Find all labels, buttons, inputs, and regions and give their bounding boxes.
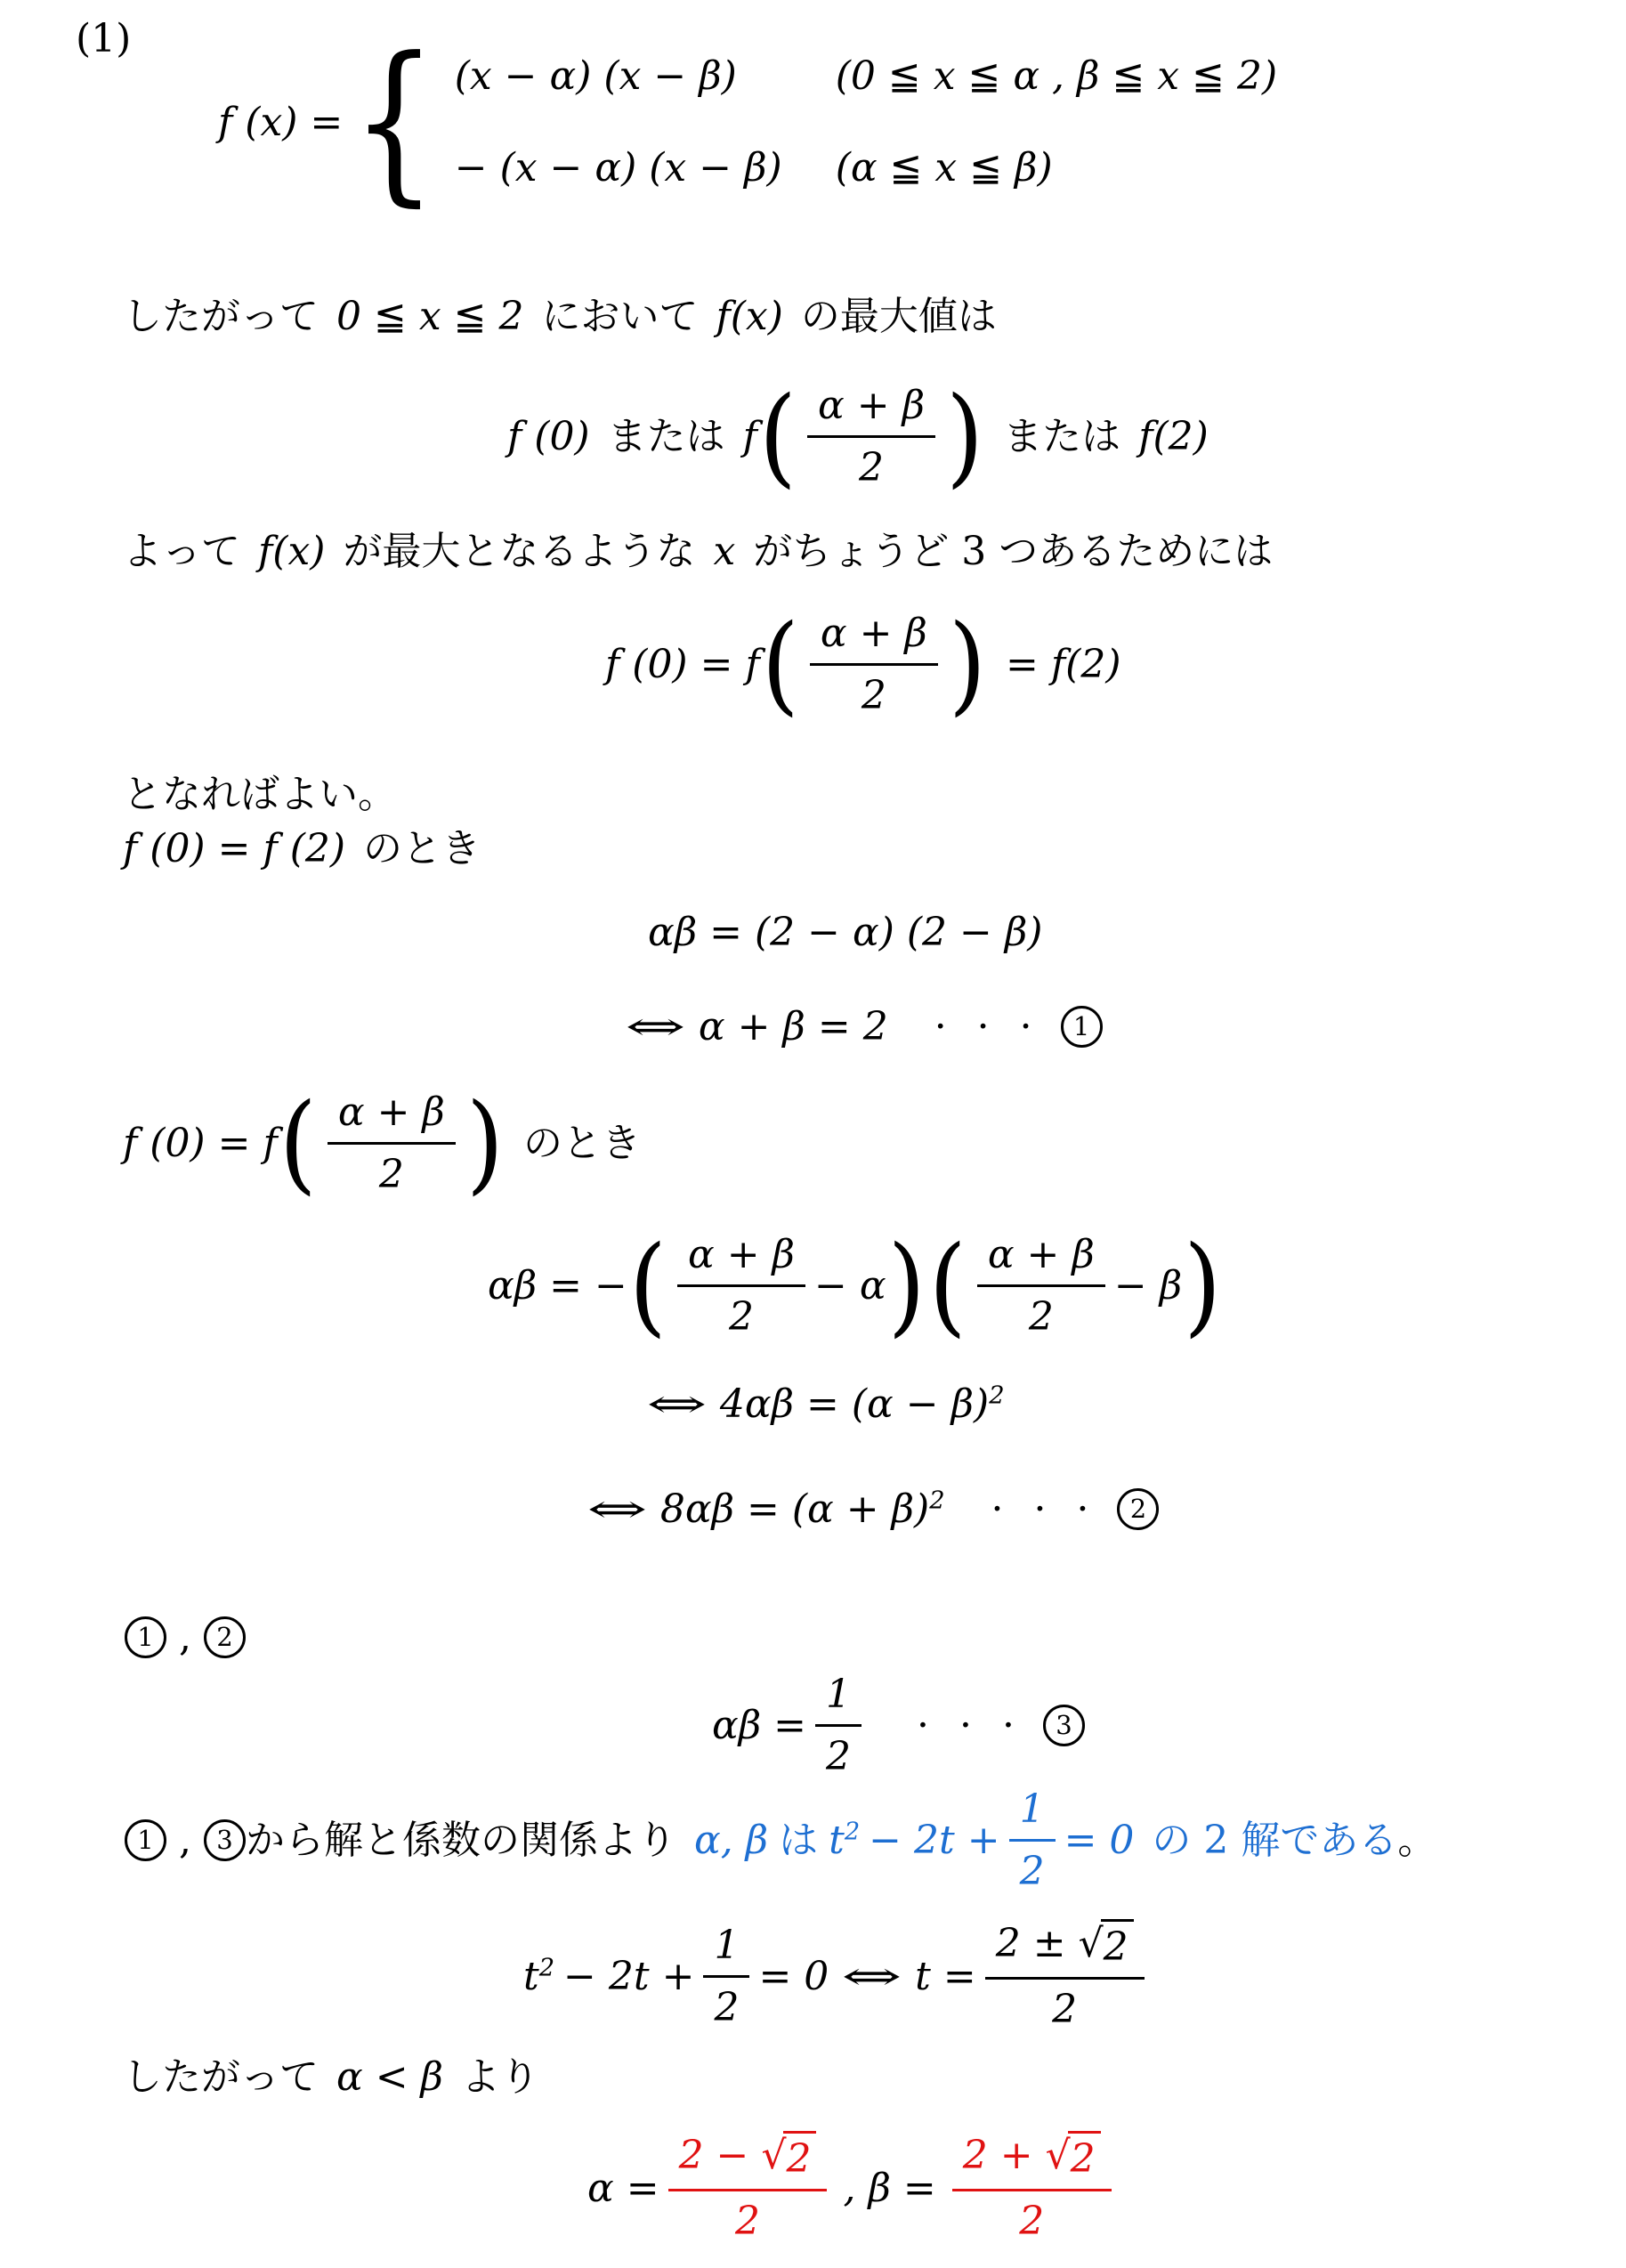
- fraction-numerator: 2 + √2: [952, 2131, 1112, 2191]
- lhs-ab-minus: αβ = −: [488, 1261, 627, 1310]
- paragraph-case-f0-f2: f (0) = f (2) のとき: [123, 824, 481, 873]
- problem-label: (1): [76, 16, 131, 61]
- left-paren: (: [759, 388, 797, 485]
- fraction-numerator: α + β: [677, 1230, 805, 1287]
- red-fraction-beta: 2 + √2 2: [952, 2131, 1112, 2246]
- iff-arrow: ⇔: [586, 1485, 647, 1534]
- fraction-denominator: 2: [1019, 2191, 1044, 2246]
- text-shitagatte: したがって: [123, 2053, 319, 2102]
- blue-text-2-solutions: の 2 解である: [1152, 1816, 1397, 1865]
- equation-ab-2: ⇔ α + β = 2 · · · 1: [612, 1002, 1103, 1051]
- radical-icon: √: [761, 2131, 786, 2180]
- brace-glyph: {: [352, 36, 436, 209]
- square-root: √2: [1046, 2131, 1101, 2183]
- dots: · · ·: [991, 1485, 1098, 1534]
- dots: · · ·: [934, 1002, 1041, 1051]
- t-equals: t =: [915, 1952, 976, 2001]
- lhs-f0-equals-f: f (0) = f: [605, 640, 760, 689]
- fraction-numerator: α + β: [977, 1230, 1105, 1287]
- equation-equal-three: f (0) = f ( α + β 2 ) = f(2): [605, 609, 1120, 720]
- math-4ab: 4αβ = (α − β)2: [720, 1380, 1005, 1429]
- paragraph-case-f0-fmid: f (0) = f ( α + β 2 ) のとき: [123, 1088, 641, 1199]
- fraction-alpha-plus-beta-over-2: α + β 2: [807, 381, 935, 492]
- fraction-numerator: α + β: [807, 381, 935, 438]
- radical-icon: √: [1079, 1919, 1104, 1968]
- fraction-denominator: 2: [862, 666, 886, 720]
- iff-arrow: ⇔: [646, 1380, 707, 1429]
- equals-zero: = 0: [758, 1952, 829, 2001]
- equation-ab-5: ⇔ 8αβ = (α + β)2 · · · 2: [574, 1485, 1159, 1534]
- circled-1-icon: 1: [1061, 1006, 1103, 1048]
- fraction-1: α + β 2: [677, 1230, 805, 1341]
- case1-expression: (x − α) (x − β): [455, 52, 782, 101]
- fraction-numerator: 1: [1009, 1785, 1056, 1842]
- math-body: 8αβ = (α + β): [660, 1486, 929, 1532]
- math-x: x: [713, 527, 735, 576]
- math-8ab: 8αβ = (α + β)2: [660, 1485, 945, 1534]
- fraction-denominator: 2: [379, 1145, 404, 1199]
- math-range: 0 ≦ x ≦ 2: [336, 292, 523, 341]
- radicand: 2: [1068, 2131, 1101, 2183]
- fraction-denominator: 2: [1052, 1980, 1077, 2034]
- square-root: √2: [1079, 1919, 1134, 1972]
- equation-ab-4: ⇔ 4αβ = (α − β)2: [634, 1380, 1005, 1429]
- paragraph-order: したがって α < β より: [123, 2053, 539, 2102]
- minus-2t-plus: − 2t +: [563, 1952, 694, 2001]
- fraction-denominator: 2: [714, 1978, 739, 2032]
- text-matawa-1: または: [608, 412, 725, 461]
- math-f0-equals-f2: f (0) = f (2): [123, 824, 345, 873]
- iff-arrow: ⇔: [842, 1952, 902, 2001]
- circled-1-icon: 1: [125, 1616, 166, 1658]
- fraction-numerator: 2 ± √2: [985, 1919, 1145, 1980]
- t-squared: t2: [523, 1952, 554, 2001]
- blue-equals-zero: = 0: [1064, 1816, 1135, 1865]
- fraction-denominator: 2: [1029, 1287, 1054, 1341]
- text-nioite: において: [541, 292, 698, 341]
- equation-ab-1: αβ = (2 − α) (2 − β): [648, 908, 1042, 957]
- math-body: t: [523, 1954, 539, 1999]
- case2-expression: − (x − α) (x − β): [455, 143, 782, 192]
- equation-final-answer: α = 2 − √2 2 , β = 2 + √2 2: [587, 2131, 1120, 2246]
- radicand: 2: [783, 2131, 816, 2183]
- fraction-denominator: 2: [859, 438, 884, 492]
- math-body: 4αβ = (α − β): [720, 1381, 989, 1427]
- fraction-numerator: 2 − √2: [668, 2131, 828, 2191]
- term-f: f: [743, 412, 757, 461]
- paragraph-max-value: したがって 0 ≦ x ≦ 2 において f(x) の最大値は: [123, 292, 997, 341]
- comma: ,: [179, 1613, 191, 1662]
- iff-arrow: ⇔: [625, 1002, 685, 1051]
- equation-quadratic: t2 − 2t + 1 2 = 0 ⇔ t = 2 ± √2 2: [523, 1919, 1153, 2034]
- circled-1-icon: 1: [125, 1819, 166, 1861]
- circled-3-icon: 3: [204, 1819, 246, 1861]
- left-paren-2: (: [929, 1237, 967, 1334]
- math-solution-page: (1) f (x) = { (x − α) (x − β) (0 ≦ x ≦ α…: [0, 0, 1626, 2268]
- fraction-denominator: 2: [729, 1287, 754, 1341]
- circled-2-icon: 2: [204, 1616, 246, 1658]
- rhs-f2: = f(2): [1006, 640, 1120, 689]
- piecewise-lhs: f (x) =: [218, 98, 343, 147]
- piecewise-cases: (x − α) (x − β) (0 ≦ x ≦ α , β ≦ x ≦ 2) …: [455, 52, 1277, 192]
- left-paren: (: [762, 616, 799, 713]
- term-f2: f(2): [1138, 412, 1209, 461]
- right-paren: ): [466, 1095, 504, 1192]
- case1-condition: (0 ≦ x ≦ α , β ≦ x ≦ 2): [836, 52, 1277, 101]
- paragraph-tonareba: となればよい。: [123, 762, 397, 819]
- paragraph-three-maxima: よって f(x) が最大となるような x がちょうど 3 つあるためには: [123, 527, 1273, 576]
- fraction-denominator: 2: [735, 2191, 760, 2246]
- right-paren: ): [949, 616, 986, 713]
- equation-max-candidates: f (0) または f ( α + β 2 ) または f(2): [507, 381, 1209, 492]
- text-saidaichi: の最大値は: [801, 292, 997, 341]
- text-yori: より: [461, 2053, 539, 2102]
- paragraph-refs-1-2: 1 , 2: [125, 1613, 246, 1662]
- circled-3-icon: 3: [1043, 1705, 1085, 1746]
- math-alpha-plus-beta: α + β = 2: [699, 1002, 888, 1051]
- text-yotte: よって: [123, 527, 240, 576]
- left-paren-1: (: [629, 1237, 667, 1334]
- radical-icon: √: [1046, 2131, 1071, 2180]
- dots: · · ·: [917, 1701, 1023, 1750]
- paragraph-vieta: 1 , 3 から解と係数の関係より α, β は t2 − 2t + 1 2 =…: [125, 1785, 1436, 1896]
- exponent: 2: [929, 1486, 944, 1514]
- radicand: 2: [1101, 1919, 1134, 1972]
- math-alpha-less-beta: α < β: [336, 2053, 443, 2102]
- equation-ab-6: αβ = 1 2 · · · 3: [712, 1670, 1085, 1781]
- fraction-denominator: 2: [826, 1727, 851, 1781]
- lhs-ab: αβ =: [712, 1701, 806, 1750]
- math-fx: f(x): [716, 292, 782, 341]
- equation-ab-3: αβ = − ( α + β 2 − α ) ( α + β 2 − β ): [488, 1230, 1223, 1341]
- num-prefix: 2 ±: [996, 1921, 1066, 1966]
- fraction-denominator: 2: [1020, 1842, 1045, 1896]
- math-f0-equals-f: f (0) = f: [123, 1119, 278, 1168]
- square-root: √2: [761, 2131, 816, 2183]
- blue-fraction-one-half: 1 2: [1009, 1785, 1056, 1896]
- blue-minus-2t-plus: − 2t +: [869, 1816, 999, 1865]
- piecewise-definition: f (x) = { (x − α) (x − β) (0 ≦ x ≦ α , β…: [218, 52, 1277, 192]
- case2-condition: (α ≦ x ≦ β): [836, 143, 1277, 192]
- exponent: 2: [989, 1381, 1004, 1409]
- math-ab-product: αβ = (2 − α) (2 − β): [648, 908, 1042, 957]
- fraction-one-half: 1 2: [703, 1921, 749, 2032]
- term-f0: f (0): [507, 412, 590, 461]
- blue-alpha-beta: α, β: [694, 1816, 768, 1865]
- minus-beta: − β: [1114, 1261, 1182, 1310]
- circled-2-icon: 2: [1117, 1488, 1159, 1530]
- text-notoki: のとき: [523, 1119, 641, 1168]
- comma: ,: [179, 1816, 191, 1865]
- comma-beta-equals: , β =: [843, 2164, 935, 2213]
- fraction-numerator: 1: [815, 1670, 862, 1727]
- blue-t-squared: t2: [829, 1816, 860, 1865]
- math-fx-2: f(x): [258, 527, 325, 576]
- period: 。: [1397, 1816, 1436, 1865]
- fraction-numerator: 1: [703, 1921, 749, 1978]
- right-paren-2: ): [1184, 1237, 1221, 1334]
- text-saidai: が最大となるような: [343, 527, 695, 576]
- left-paren: (: [279, 1095, 317, 1192]
- num-prefix: 2 +: [963, 2133, 1033, 2178]
- alpha-equals: α =: [587, 2164, 659, 2213]
- red-fraction-alpha: 2 − √2 2: [668, 2131, 828, 2246]
- right-paren-1: ): [888, 1237, 926, 1334]
- minus-alpha: − α: [814, 1261, 886, 1310]
- right-paren: ): [946, 388, 983, 485]
- exponent: 2: [539, 1954, 554, 1981]
- text-shitagatte: したがって: [123, 292, 319, 341]
- fraction-one-half: 1 2: [815, 1670, 862, 1781]
- fraction-numerator: α + β: [328, 1088, 456, 1145]
- text-matawa-2: または: [1003, 412, 1120, 461]
- text-vieta: から解と係数の関係より: [246, 1816, 676, 1865]
- num-prefix: 2 −: [679, 2133, 749, 2178]
- math-body: t: [829, 1818, 845, 1863]
- fraction-2: α + β 2: [977, 1230, 1105, 1341]
- fraction-alpha-plus-beta-over-2: α + β 2: [810, 609, 938, 720]
- fraction-alpha-plus-beta-over-2: α + β 2: [328, 1088, 456, 1199]
- blue-text-wa: は: [779, 1816, 818, 1865]
- text-choudo3: がちょうど 3 つあるためには: [753, 527, 1273, 576]
- fraction-solution: 2 ± √2 2: [985, 1919, 1145, 2034]
- exponent: 2: [845, 1818, 860, 1845]
- fraction-numerator: α + β: [810, 609, 938, 666]
- text-notoki: のとき: [363, 824, 481, 873]
